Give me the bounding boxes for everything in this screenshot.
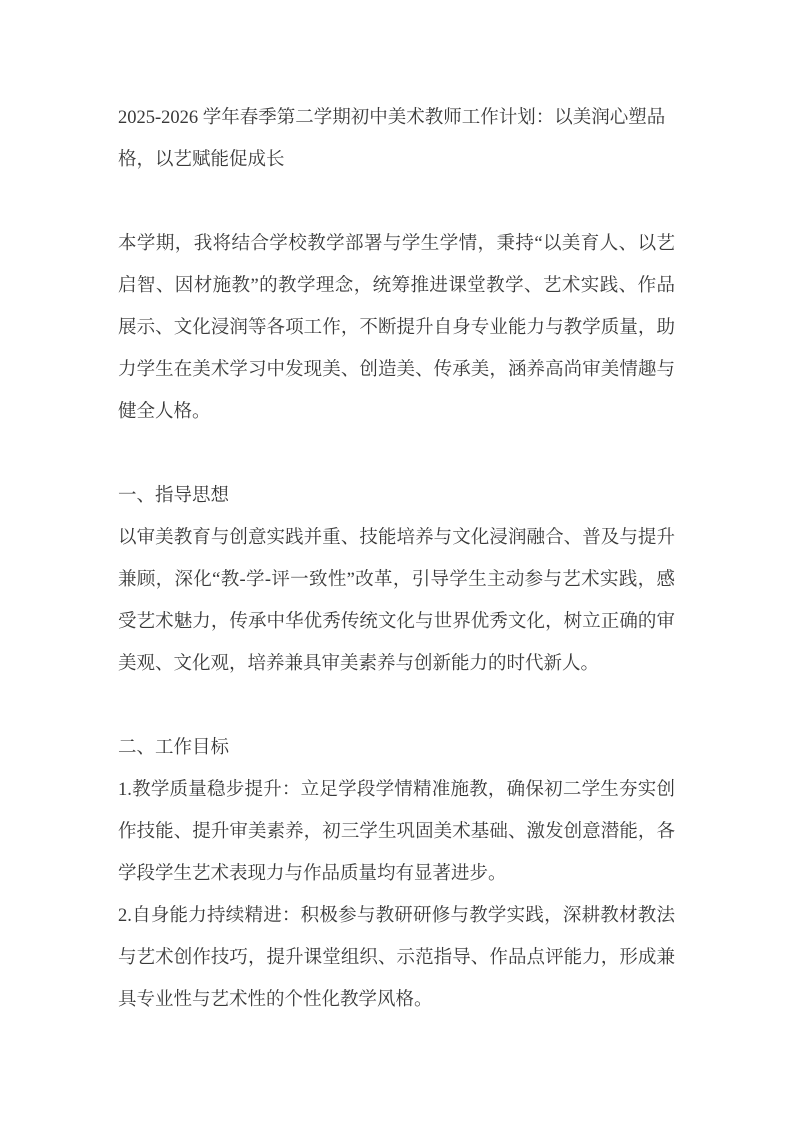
work-goal-item-1: 1.教学质量稳步提升：立足学段学情精准施教，确保初二学生夯实创作技能、提升审美素… [118,769,675,895]
section-heading-guiding-ideology: 一、指导思想 [118,475,675,517]
section-heading-work-goals: 二、工作目标 [118,727,675,769]
document-title: 2025-2026 学年春季第二学期初中美术教师工作计划：以美润心塑品格，以艺赋… [118,97,675,181]
guiding-ideology-paragraph: 以审美教育与创意实践并重、技能培养与文化浸润融合、普及与提升兼顾，深化“教-学-… [118,517,675,685]
document-page: 2025-2026 学年春季第二学期初中美术教师工作计划：以美润心塑品格，以艺赋… [0,0,793,1122]
work-goal-item-2: 2.自身能力持续精进：积极参与教研研修与教学实践，深耕教材教法与艺术创作技巧，提… [118,895,675,1021]
intro-paragraph: 本学期，我将结合学校教学部署与学生学情，秉持“以美育人、以艺启智、因材施教”的教… [118,223,675,433]
